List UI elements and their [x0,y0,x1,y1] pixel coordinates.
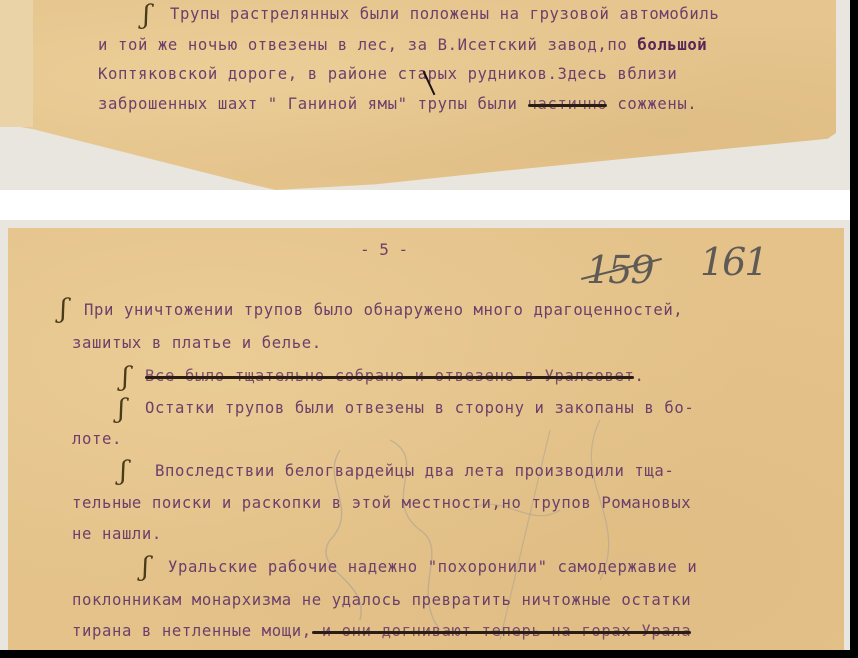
text-line: лоте. [72,429,122,449]
struck-text: и они догнивают теперь на горах Урала [312,622,692,640]
scan-border [850,0,858,658]
paper-strip [0,0,33,127]
paragraph-mark-icon: ʃ [122,364,129,390]
text-segment: заброшенных шахт " Ганиной ямы" трупы бы… [98,95,528,113]
struck-text: частично [528,95,608,113]
scan-border [0,650,858,658]
text-line: Впоследствии белогвардейцы два лета прои… [155,461,674,481]
text-line: не нашли. [72,524,162,544]
text-segment-bold: большой [637,36,707,54]
text-line: тирана в нетленные мощи, и они догнивают… [72,621,691,641]
text-line: зашитых в платье и белье. [72,333,322,353]
struck-text: Все было тщательно собрано и отвезено в … [145,367,634,385]
archive-number-current: 161 [700,240,767,284]
text-line: поклонникам монархизма не удалось превра… [72,590,691,610]
text-line: тельные поиски и раскопки в этой местнос… [72,493,691,513]
text-segment: . [634,367,644,385]
text-line: Трупы растрелянных были положены на груз… [170,4,719,24]
paragraph-mark-icon: ʃ [142,554,149,580]
text-line: Остатки трупов были отвезены в сторону и… [145,398,694,418]
text-line: Коптяковской дороге, в районе старых руд… [98,64,677,84]
paragraph-mark-icon: ʃ [120,458,127,484]
text-line: и той же ночью отвезены в лес, за В.Исет… [98,35,707,55]
text-segment: тирана в нетленные мощи, [72,622,312,640]
text-segment: и той же ночью отвезены в лес, за В.Исет… [98,36,637,54]
paragraph-mark-icon: ʃ [143,2,150,28]
text-segment: сожжены. [607,95,697,113]
archive-number-old: 159 [586,248,653,292]
paragraph-mark-icon: ʃ [118,396,125,422]
text-line: Уральские рабочие надежно "похоронили" с… [168,557,697,577]
text-line: Все было тщательно собрано и отвезено в … [145,366,644,386]
text-line: заброшенных шахт " Ганиной ямы" трупы бы… [98,94,697,114]
document-page [8,228,844,650]
page-number: - 5 - [360,240,408,259]
text-line: При уничтожении трупов было обнаружено м… [84,300,683,320]
paragraph-mark-icon: ʃ [60,296,67,322]
